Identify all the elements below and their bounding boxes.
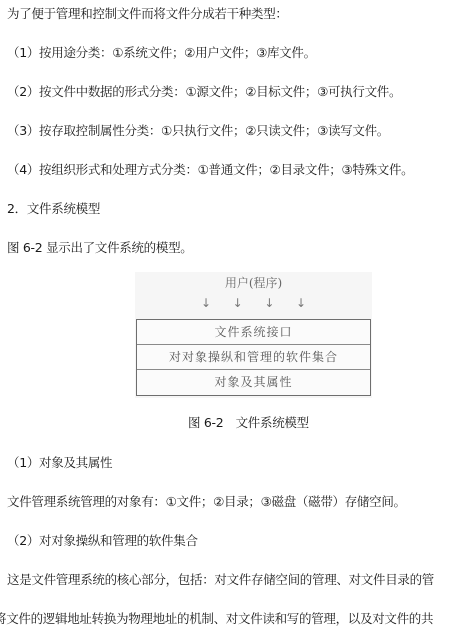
- section-heading: 2．文件系统模型: [7, 201, 100, 217]
- list-item-by-access-control: （3）按存取控制属性分类：①只执行文件；②只读文件；③读写文件。: [7, 123, 389, 139]
- list-item-by-data-form: （2）按文件中数据的形式分类：①源文件；②目标文件；③可执行文件。: [7, 84, 401, 100]
- down-arrow-icon: ↓: [233, 295, 243, 311]
- software-set-paragraph-line2: 将文件的逻辑地址转换为物理地址的机制、对文件读和写的管理，以及对文件的共: [0, 611, 433, 627]
- layer-software-set: 对对象操纵和管理的软件集合: [137, 344, 370, 369]
- file-system-model-figure: 用户(程序) ↓ ↓ ↓ ↓ 文件系统接口 对对象操纵和管理的软件集合 对象及其…: [135, 272, 372, 398]
- figure-user-label: 用户(程序): [135, 274, 372, 291]
- list-item-by-usage: （1）按用途分类：①系统文件；②用户文件；③库文件。: [7, 45, 316, 61]
- down-arrow-icon: ↓: [264, 295, 274, 311]
- subheading-software-set: （2）对对象操纵和管理的软件集合: [7, 533, 198, 549]
- down-arrow-icon: ↓: [296, 295, 306, 311]
- subheading-objects: （1）对象及其属性: [7, 455, 112, 471]
- figure-layer-stack: 文件系统接口 对对象操纵和管理的软件集合 对象及其属性: [136, 319, 371, 396]
- list-item-by-organization: （4）按组织形式和处理方式分类：①普通文件；②目录文件；③特殊文件。: [7, 162, 413, 178]
- figure-caption: 图 6-2 文件系统模型: [188, 415, 309, 431]
- figure-arrows: ↓ ↓ ↓ ↓: [201, 295, 306, 311]
- down-arrow-icon: ↓: [201, 295, 211, 311]
- software-set-paragraph-line1: 这是文件管理系统的核心部分，包括：对文件存储空间的管理、对文件目录的管: [7, 572, 434, 588]
- intro-paragraph: 为了便于管理和控制文件而将文件分成若干种类型：: [7, 6, 288, 22]
- layer-objects-attributes: 对象及其属性: [137, 369, 370, 394]
- objects-paragraph: 文件管理系统管理的对象有：①文件；②目录；③磁盘（磁带）存储空间。: [7, 494, 406, 510]
- figure-intro-text: 图 6-2 显示出了文件系统的模型。: [7, 240, 192, 256]
- layer-interface: 文件系统接口: [137, 320, 370, 344]
